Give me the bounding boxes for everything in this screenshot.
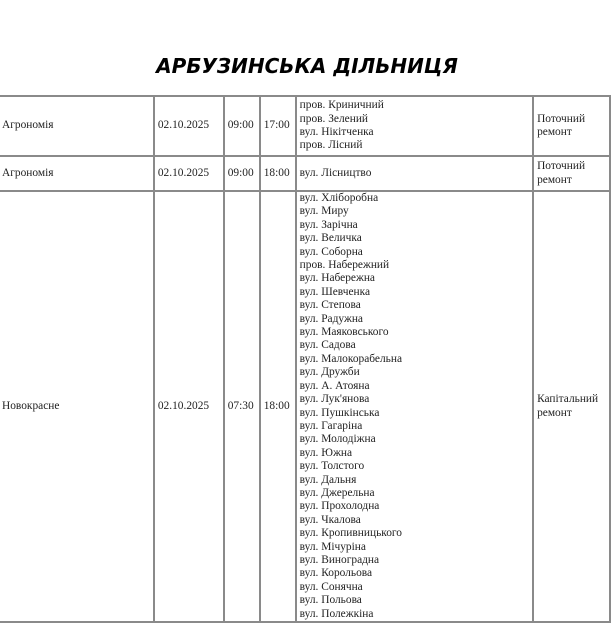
- street-item: пров. Криничний: [300, 99, 529, 112]
- streets-cell: пров. Криничнийпров. Зеленийвул. Нікітче…: [296, 96, 533, 156]
- work-type-cell: Капітальний ремонт: [533, 191, 610, 622]
- start-time-cell: 09:00: [224, 156, 260, 191]
- street-item: вул. Набережна: [300, 272, 529, 285]
- end-time-cell: 18:00: [260, 191, 296, 622]
- street-item: вул. Лісництво: [300, 167, 529, 180]
- street-item: вул. Степова: [300, 299, 529, 312]
- street-item: вул. Кропивницького: [300, 527, 529, 540]
- street-item: вул. Полежкіна: [300, 608, 529, 621]
- street-item: вул. Радужна: [300, 313, 529, 326]
- street-item: вул. Миру: [300, 205, 529, 218]
- streets-cell: вул. Лісництво: [296, 156, 533, 191]
- date-cell: 02.10.2025: [154, 96, 224, 156]
- date-cell: 02.10.2025: [154, 156, 224, 191]
- work-type-cell: Поточний ремонт: [533, 96, 610, 156]
- street-item: вул. Гагаріна: [300, 420, 529, 433]
- street-item: вул. Виноградна: [300, 554, 529, 567]
- street-item: вул. Лук'янова: [300, 393, 529, 406]
- street-item: вул. Пушкінська: [300, 407, 529, 420]
- street-item: вул. Толстого: [300, 460, 529, 473]
- start-time-cell: 07:30: [224, 191, 260, 622]
- start-time-cell: 09:00: [224, 96, 260, 156]
- street-item: вул. Маяковського: [300, 326, 529, 339]
- street-item: вул. Мічуріна: [300, 541, 529, 554]
- street-item: вул. Зарічна: [300, 219, 529, 232]
- street-item: вул. Хліборобна: [300, 192, 529, 205]
- date-cell: 02.10.2025: [154, 191, 224, 622]
- table-row: Новокрасне02.10.202507:3018:00вул. Хлібо…: [0, 191, 610, 622]
- street-item: пров. Лісний: [300, 139, 529, 152]
- street-item: вул. Нікітченка: [300, 126, 529, 139]
- end-time-cell: 18:00: [260, 156, 296, 191]
- street-item: пров. Набережний: [300, 259, 529, 272]
- location-cell: Агрономія: [0, 96, 154, 156]
- street-item: вул. Южна: [300, 447, 529, 460]
- street-item: пров. Зелений: [300, 113, 529, 126]
- page-title: АРБУЗИНСЬКА ДІЛЬНИЦЯ: [0, 54, 614, 78]
- street-item: вул. Величка: [300, 232, 529, 245]
- street-item: вул. Дальня: [300, 474, 529, 487]
- end-time-cell: 17:00: [260, 96, 296, 156]
- streets-cell: вул. Хліборобнавул. Мирувул. Зарічнавул.…: [296, 191, 533, 622]
- table-row: Агрономія02.10.202509:0017:00пров. Крини…: [0, 96, 610, 156]
- street-item: вул. Джерельна: [300, 487, 529, 500]
- location-cell: Агрономія: [0, 156, 154, 191]
- table-row: Агрономія02.10.202509:0018:00вул. Лісниц…: [0, 156, 610, 191]
- work-type-cell: Поточний ремонт: [533, 156, 610, 191]
- street-item: вул. Корольова: [300, 567, 529, 580]
- street-item: вул. Чкалова: [300, 514, 529, 527]
- street-item: вул. Сонячна: [300, 581, 529, 594]
- street-item: вул. Дружби: [300, 366, 529, 379]
- street-item: вул. Молодіжна: [300, 433, 529, 446]
- street-item: вул. Малокорабельна: [300, 353, 529, 366]
- street-item: вул. Польова: [300, 594, 529, 607]
- outage-schedule-table: Агрономія02.10.202509:0017:00пров. Крини…: [0, 95, 611, 623]
- street-item: вул. Садова: [300, 339, 529, 352]
- street-item: вул. Прохолодна: [300, 500, 529, 513]
- street-item: вул. Шевченка: [300, 286, 529, 299]
- location-cell: Новокрасне: [0, 191, 154, 622]
- street-item: вул. Соборна: [300, 246, 529, 259]
- street-item: вул. А. Атояна: [300, 380, 529, 393]
